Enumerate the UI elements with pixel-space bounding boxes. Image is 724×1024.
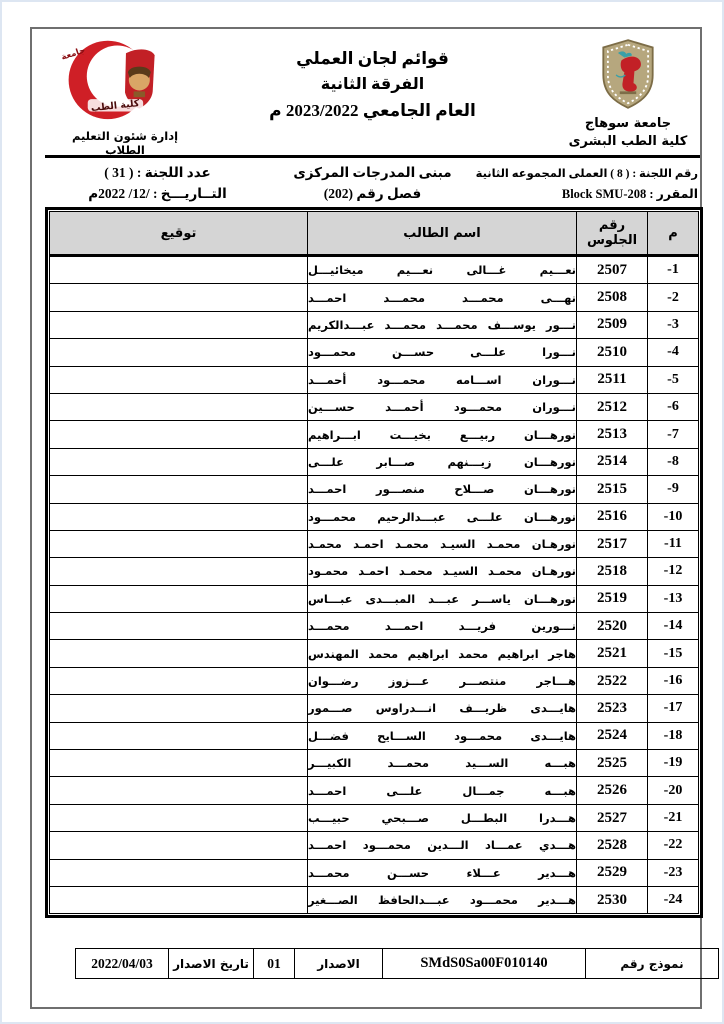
serial-number-cell: -2 [648,284,699,311]
signature-cell [50,448,308,475]
student-table-row: -11 2517 نورهـان محمـد السيـد محمـد احمـ… [50,530,699,557]
signature-cell [50,421,308,448]
student-name-cell: هايـــدى ظريـــف انـــدراوس صـــمور [308,695,577,722]
serial-number-cell: -1 [648,256,699,284]
student-table-row: -17 2523 هايـــدى ظريـــف انـــدراوس صــ… [50,695,699,722]
student-name-cell: نـــور يوســـف محمـــد محمـــد عبـــدالك… [308,311,577,338]
student-table-row: -10 2516 نورهـــان علـــى عبـــدالرحيم م… [50,503,699,530]
student-name-cell: نعـــيم غـــالى نعـــيم ميخائيـــل [308,256,577,284]
seat-number-cell: 2524 [577,722,648,749]
student-table-row: -12 2518 نورهـان محمـد السيـد محمـد احمـ… [50,558,699,585]
student-name-cell: نورهـــان ربيـــع بخيـــت ابـــراهيم [308,421,577,448]
seat-number-cell: 2516 [577,503,648,530]
signature-cell [50,886,308,913]
university-name: جامعة سوهاج [556,115,700,133]
signature-cell [50,777,308,804]
table-header-row: م رقم الجلوس اسم الطالب توقيع [50,212,699,256]
room-number: فصل رقم (202) [270,186,475,202]
signature-cell [50,695,308,722]
student-table-row: -24 2530 هـــدير محمـــود عبـــدالحافظ ا… [50,886,699,913]
student-table-body: -1 2507 نعـــيم غـــالى نعـــيم ميخائيــ… [50,256,699,914]
header-separator-line [45,155,700,158]
serial-number-cell: -16 [648,667,699,694]
signature-cell [50,503,308,530]
seat-number-cell: 2513 [577,421,648,448]
serial-number-cell: -14 [648,613,699,640]
serial-number-cell: -19 [648,750,699,777]
student-table-row: -14 2520 نـــورين فريـــد احمـــد محمـــ… [50,613,699,640]
student-name-cell: نورهـان محمـد السيـد محمـد احمـد محمـد [308,530,577,557]
signature-cell [50,859,308,886]
serial-number-cell: -23 [648,859,699,886]
serial-number-cell: -11 [648,530,699,557]
course-code: المقرر : Block SMU-208 [475,186,700,202]
signature-cell [50,558,308,585]
exam-date: التــاريـــخ : /12/ 2022م [45,186,270,202]
student-name-cell: هاجر ابراهيم محمد ابراهيم محمد المهندس [308,640,577,667]
serial-number-cell: -22 [648,832,699,859]
seat-number-cell: 2511 [577,366,648,393]
student-name-cell: نـــوران محمـــود أحمـــد حســـين [308,393,577,420]
serial-number-cell: -24 [648,886,699,913]
serial-number-cell: -21 [648,804,699,831]
seat-number-cell: 2528 [577,832,648,859]
student-table-row: -9 2515 نورهـــان صـــلاح منصـــور احمــ… [50,476,699,503]
student-name-cell: هبـــه الســـيد محمـــد الكبيـــر [308,750,577,777]
student-table-row: -3 2509 نـــور يوســـف محمـــد محمـــد ع… [50,311,699,338]
department-name: إدارة شئون التعليم الطلاب [55,129,195,157]
signature-cell [50,804,308,831]
university-header-block: جامعة سوهاج كلية الطب البشرى [556,38,700,151]
committee-number: رقم اللجنة : ( 8 ) العملى المجموعه الثان… [475,166,700,180]
seat-number-cell: 2518 [577,558,648,585]
signature-cell [50,640,308,667]
serial-number-cell: -12 [648,558,699,585]
student-table-row: -13 2519 نورهـــان ياســـر عبـــد المبــ… [50,585,699,612]
seat-number-cell: 2512 [577,393,648,420]
serial-number-cell: -4 [648,339,699,366]
signature-cell [50,722,308,749]
student-affairs-header-block: جامعة سوهاج كلية الطب إدارة شئون التعليم… [55,36,195,157]
serial-number-cell: -3 [648,311,699,338]
signature-cell [50,832,308,859]
issue-number: 01 [254,949,295,979]
signature-cell [50,530,308,557]
serial-number-cell: -10 [648,503,699,530]
serial-number-cell: -17 [648,695,699,722]
committee-count: عدد اللجنة : ( 31 ) [45,165,270,181]
signature-cell [50,393,308,420]
issue-label: الاصدار [295,949,383,979]
col-header-student-name: اسم الطالب [308,212,577,256]
seat-number-cell: 2529 [577,859,648,886]
red-crescent-pharaoh-logo-icon: جامعة سوهاج كلية الطب [62,36,188,122]
signature-cell [50,476,308,503]
seat-number-cell: 2517 [577,530,648,557]
serial-number-cell: -9 [648,476,699,503]
student-name-cell: هـــدير عـــلاء حســـن محمـــد [308,859,577,886]
form-footer: نموذج رقم SMdS0Sa00F010140 الاصدار 01 تا… [75,948,719,979]
seat-number-cell: 2507 [577,256,648,284]
document-title-block: قوائم لجان العملي الفرقة الثانية العام ا… [240,46,505,124]
serial-number-cell: -7 [648,421,699,448]
serial-number-cell: -20 [648,777,699,804]
student-table-row: -5 2511 نـــوران اســـامه محمـــود أحمــ… [50,366,699,393]
student-table: م رقم الجلوس اسم الطالب توقيع -1 2507 نع… [45,207,703,918]
seat-number-cell: 2527 [577,804,648,831]
student-name-cell: نـــوران اســـامه محمـــود أحمـــد [308,366,577,393]
sohag-university-shield-logo-icon [596,38,660,110]
seat-number-cell: 2508 [577,284,648,311]
student-name-cell: نورهـــان زيـــنهم صـــابر علـــى [308,448,577,475]
serial-number-cell: -5 [648,366,699,393]
serial-number-cell: -15 [648,640,699,667]
signature-cell [50,750,308,777]
seat-number-cell: 2525 [577,750,648,777]
student-table-row: -6 2512 نـــوران محمـــود أحمـــد حســـي… [50,393,699,420]
student-name-cell: نورهـــان ياســـر عبـــد المبـــدى عبـــ… [308,585,577,612]
seat-number-cell: 2514 [577,448,648,475]
seat-number-cell: 2526 [577,777,648,804]
signature-cell [50,613,308,640]
title-line-3: العام الجامعي 2023/2022 م [240,97,505,124]
col-header-seat-number: رقم الجلوس [577,212,648,256]
student-table-row: -2 2508 نهـــى محمـــد محمـــد احمـــد [50,284,699,311]
signature-cell [50,366,308,393]
seat-number-cell: 2510 [577,339,648,366]
student-table-row: -19 2525 هبـــه الســـيد محمـــد الكبيــ… [50,750,699,777]
student-table-row: -7 2513 نورهـــان ربيـــع بخيـــت ابـــر… [50,421,699,448]
signature-cell [50,585,308,612]
seat-number-cell: 2521 [577,640,648,667]
student-table-row: -8 2514 نورهـــان زيـــنهم صـــابر علـــ… [50,448,699,475]
seat-number-cell: 2530 [577,886,648,913]
student-name-cell: نـــورين فريـــد احمـــد محمـــد [308,613,577,640]
student-table-row: -22 2528 هـــدي عمـــاد الـــدين محمـــو… [50,832,699,859]
student-table-row: -15 2521 هاجر ابراهيم محمد ابراهيم محمد … [50,640,699,667]
student-name-cell: هـــاجر منتصـــر عـــزوز رضـــوان [308,667,577,694]
form-code: SMdS0Sa00F010140 [383,949,586,979]
signature-cell [50,284,308,311]
issue-date-label: تاريخ الاصدار [169,949,254,979]
seat-number-cell: 2509 [577,311,648,338]
student-table-row: -4 2510 نـــورا علـــى حســـن محمـــود [50,339,699,366]
signature-cell [50,311,308,338]
signature-cell [50,339,308,366]
col-header-signature: توقيع [50,212,308,256]
col-header-serial: م [648,212,699,256]
serial-number-cell: -13 [648,585,699,612]
faculty-name: كلية الطب البشرى [556,133,700,151]
seat-number-cell: 2519 [577,585,648,612]
student-table-row: -21 2527 هـــدرا البطـــل صـــبحي حبيـــ… [50,804,699,831]
student-name-cell: هـــدي عمـــاد الـــدين محمـــود احمـــد [308,832,577,859]
building-name: مبنى المدرجات المركزى [270,165,475,181]
student-name-cell: هـــدير محمـــود عبـــدالحافظ الصـــغير [308,886,577,913]
serial-number-cell: -6 [648,393,699,420]
signature-cell [50,256,308,284]
student-name-cell: نورهـــان علـــى عبـــدالرحيم محمـــود [308,503,577,530]
student-name-cell: نهـــى محمـــد محمـــد احمـــد [308,284,577,311]
serial-number-cell: -8 [648,448,699,475]
student-name-cell: نورهـان محمـد السيـد محمـد احمـد محمـود [308,558,577,585]
student-table-row: -20 2526 هبـــه جمـــال علـــى احمـــد [50,777,699,804]
issue-date-value: 2022/04/03 [76,949,169,979]
student-name-cell: هبـــه جمـــال علـــى احمـــد [308,777,577,804]
title-line-1: قوائم لجان العملي [240,46,505,72]
student-table-row: -23 2529 هـــدير عـــلاء حســـن محمـــد [50,859,699,886]
student-name-cell: نـــورا علـــى حســـن محمـــود [308,339,577,366]
student-table-row: -16 2522 هـــاجر منتصـــر عـــزوز رضـــو… [50,667,699,694]
form-number-label: نموذج رقم [586,949,719,979]
seat-number-cell: 2523 [577,695,648,722]
title-line-2: الفرقة الثانية [240,72,505,97]
student-table-row: -1 2507 نعـــيم غـــالى نعـــيم ميخائيــ… [50,256,699,284]
seat-number-cell: 2520 [577,613,648,640]
student-name-cell: هايـــدى محمـــود الســـايح فضـــل [308,722,577,749]
seat-number-cell: 2522 [577,667,648,694]
seat-number-cell: 2515 [577,476,648,503]
student-name-cell: نورهـــان صـــلاح منصـــور احمـــد [308,476,577,503]
serial-number-cell: -18 [648,722,699,749]
signature-cell [50,667,308,694]
student-table-row: -18 2524 هايـــدى محمـــود الســـايح فضـ… [50,722,699,749]
document-page: جامعة سوهاج كلية الطب البشرى قوائم لجان … [0,0,724,1024]
student-name-cell: هـــدرا البطـــل صـــبحي حبيـــب [308,804,577,831]
committee-info: رقم اللجنة : ( 8 ) العملى المجموعه الثان… [45,162,700,204]
